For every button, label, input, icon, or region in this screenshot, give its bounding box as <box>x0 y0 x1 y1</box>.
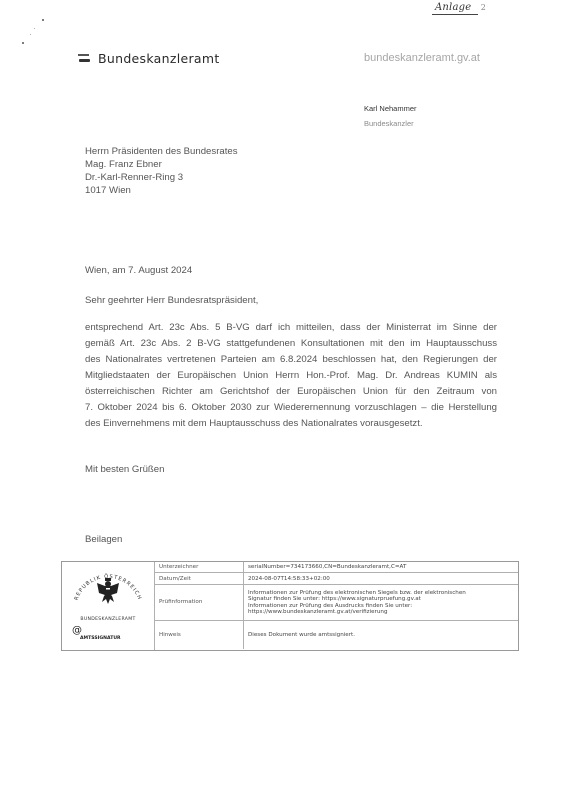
official-signature-block: REPUBLIK ÖSTERREICH BUNDESKANZLERAMT @ A… <box>61 561 519 651</box>
date-line: Wien, am 7. August 2024 <box>85 265 192 276</box>
flag-bars-icon <box>78 54 90 63</box>
address-line: Dr.-Karl-Renner-Ring 3 <box>85 171 238 184</box>
body-line: des Nationalrates vertretenen Parteien a… <box>85 352 497 368</box>
table-row: Prüfinformation Informationen zur Prüfun… <box>155 585 519 621</box>
closing: Mit besten Grüßen <box>85 464 164 475</box>
handwritten-number: 2 <box>481 3 486 12</box>
body-line: Mitgliedstaaten der Europäischen Union H… <box>85 368 497 384</box>
at-sign-icon: @ <box>72 625 82 636</box>
table-row: Hinweis Dieses Dokument wurde amtssignie… <box>155 621 519 650</box>
address-line: Herrn Präsidenten des Bundesrates <box>85 145 238 158</box>
row-key: Datum/Zeit <box>155 573 244 585</box>
emblem-label: BUNDESKANZLERAMT <box>68 617 148 622</box>
row-key: Prüfinformation <box>155 585 244 621</box>
address-line: 1017 Wien <box>85 184 238 197</box>
enclosures-label: Beilagen <box>85 534 122 545</box>
scan-specks <box>12 14 52 54</box>
logo-text: Bundeskanzleramt <box>98 51 220 66</box>
speck <box>34 28 35 29</box>
recipient-address: Herrn Präsidenten des Bundesrates Mag. F… <box>85 145 238 197</box>
body-line: 7. Oktober 2024 bis 6. Oktober 2030 zur … <box>85 400 497 416</box>
handwritten-note: Anlage <box>435 2 471 13</box>
website-url: bundeskanzleramt.gv.at <box>364 52 480 64</box>
row-value: serialNumber=734173660,CN=Bundeskanzlera… <box>244 562 519 573</box>
signature-emblem: REPUBLIK ÖSTERREICH BUNDESKANZLERAMT @ A… <box>62 562 155 650</box>
address-line: Mag. Franz Ebner <box>85 158 238 171</box>
sender-name: Karl Nehammer <box>364 104 417 113</box>
row-key: Unterzeichner <box>155 562 244 573</box>
letter-body: entsprechend Art. 23c Abs. 5 B-VG darf i… <box>85 320 497 432</box>
row-value: 2024-08-07T14:58:33+02:00 <box>244 573 519 585</box>
speck <box>22 42 24 44</box>
table-row: Datum/Zeit 2024-08-07T14:58:33+02:00 <box>155 573 519 585</box>
signature-info-table: Unterzeichner serialNumber=734173660,CN=… <box>154 562 518 649</box>
value-line: https://www.bundeskanzleramt.gv.at/verif… <box>248 609 514 615</box>
row-value: Dieses Dokument wurde amtssigniert. <box>244 621 519 650</box>
body-line: entsprechend Art. 23c Abs. 5 B-VG darf i… <box>85 320 497 336</box>
speck <box>42 19 44 21</box>
row-value: Informationen zur Prüfung des elektronis… <box>244 585 519 621</box>
ministry-logo: Bundeskanzleramt <box>78 51 220 66</box>
handwritten-underline <box>432 14 478 15</box>
speck <box>30 34 31 35</box>
body-line: gemäß Art. 23c Abs. 2 B-VG stattgefunden… <box>85 336 497 352</box>
body-line: österreichischen Richter am Gerichtshof … <box>85 384 497 400</box>
value-line: 2024-08-07T14:58:33+02:00 <box>248 576 514 582</box>
row-key: Hinweis <box>155 621 244 650</box>
austrian-eagle-icon <box>95 577 121 605</box>
body-line: des Einvernehmens mit dem Hauptausschuss… <box>85 416 497 432</box>
amtssignatur-label: AMTSSIGNATUR <box>80 636 121 641</box>
table-row: Unterzeichner serialNumber=734173660,CN=… <box>155 562 519 573</box>
value-line: Dieses Dokument wurde amtssigniert. <box>248 632 514 638</box>
salutation: Sehr geehrter Herr Bundesratspräsident, <box>85 295 258 306</box>
value-line: serialNumber=734173660,CN=Bundeskanzlera… <box>248 564 514 570</box>
sender-role: Bundeskanzler <box>364 119 414 128</box>
handwritten-annotation: Anlage 2 <box>435 2 486 13</box>
